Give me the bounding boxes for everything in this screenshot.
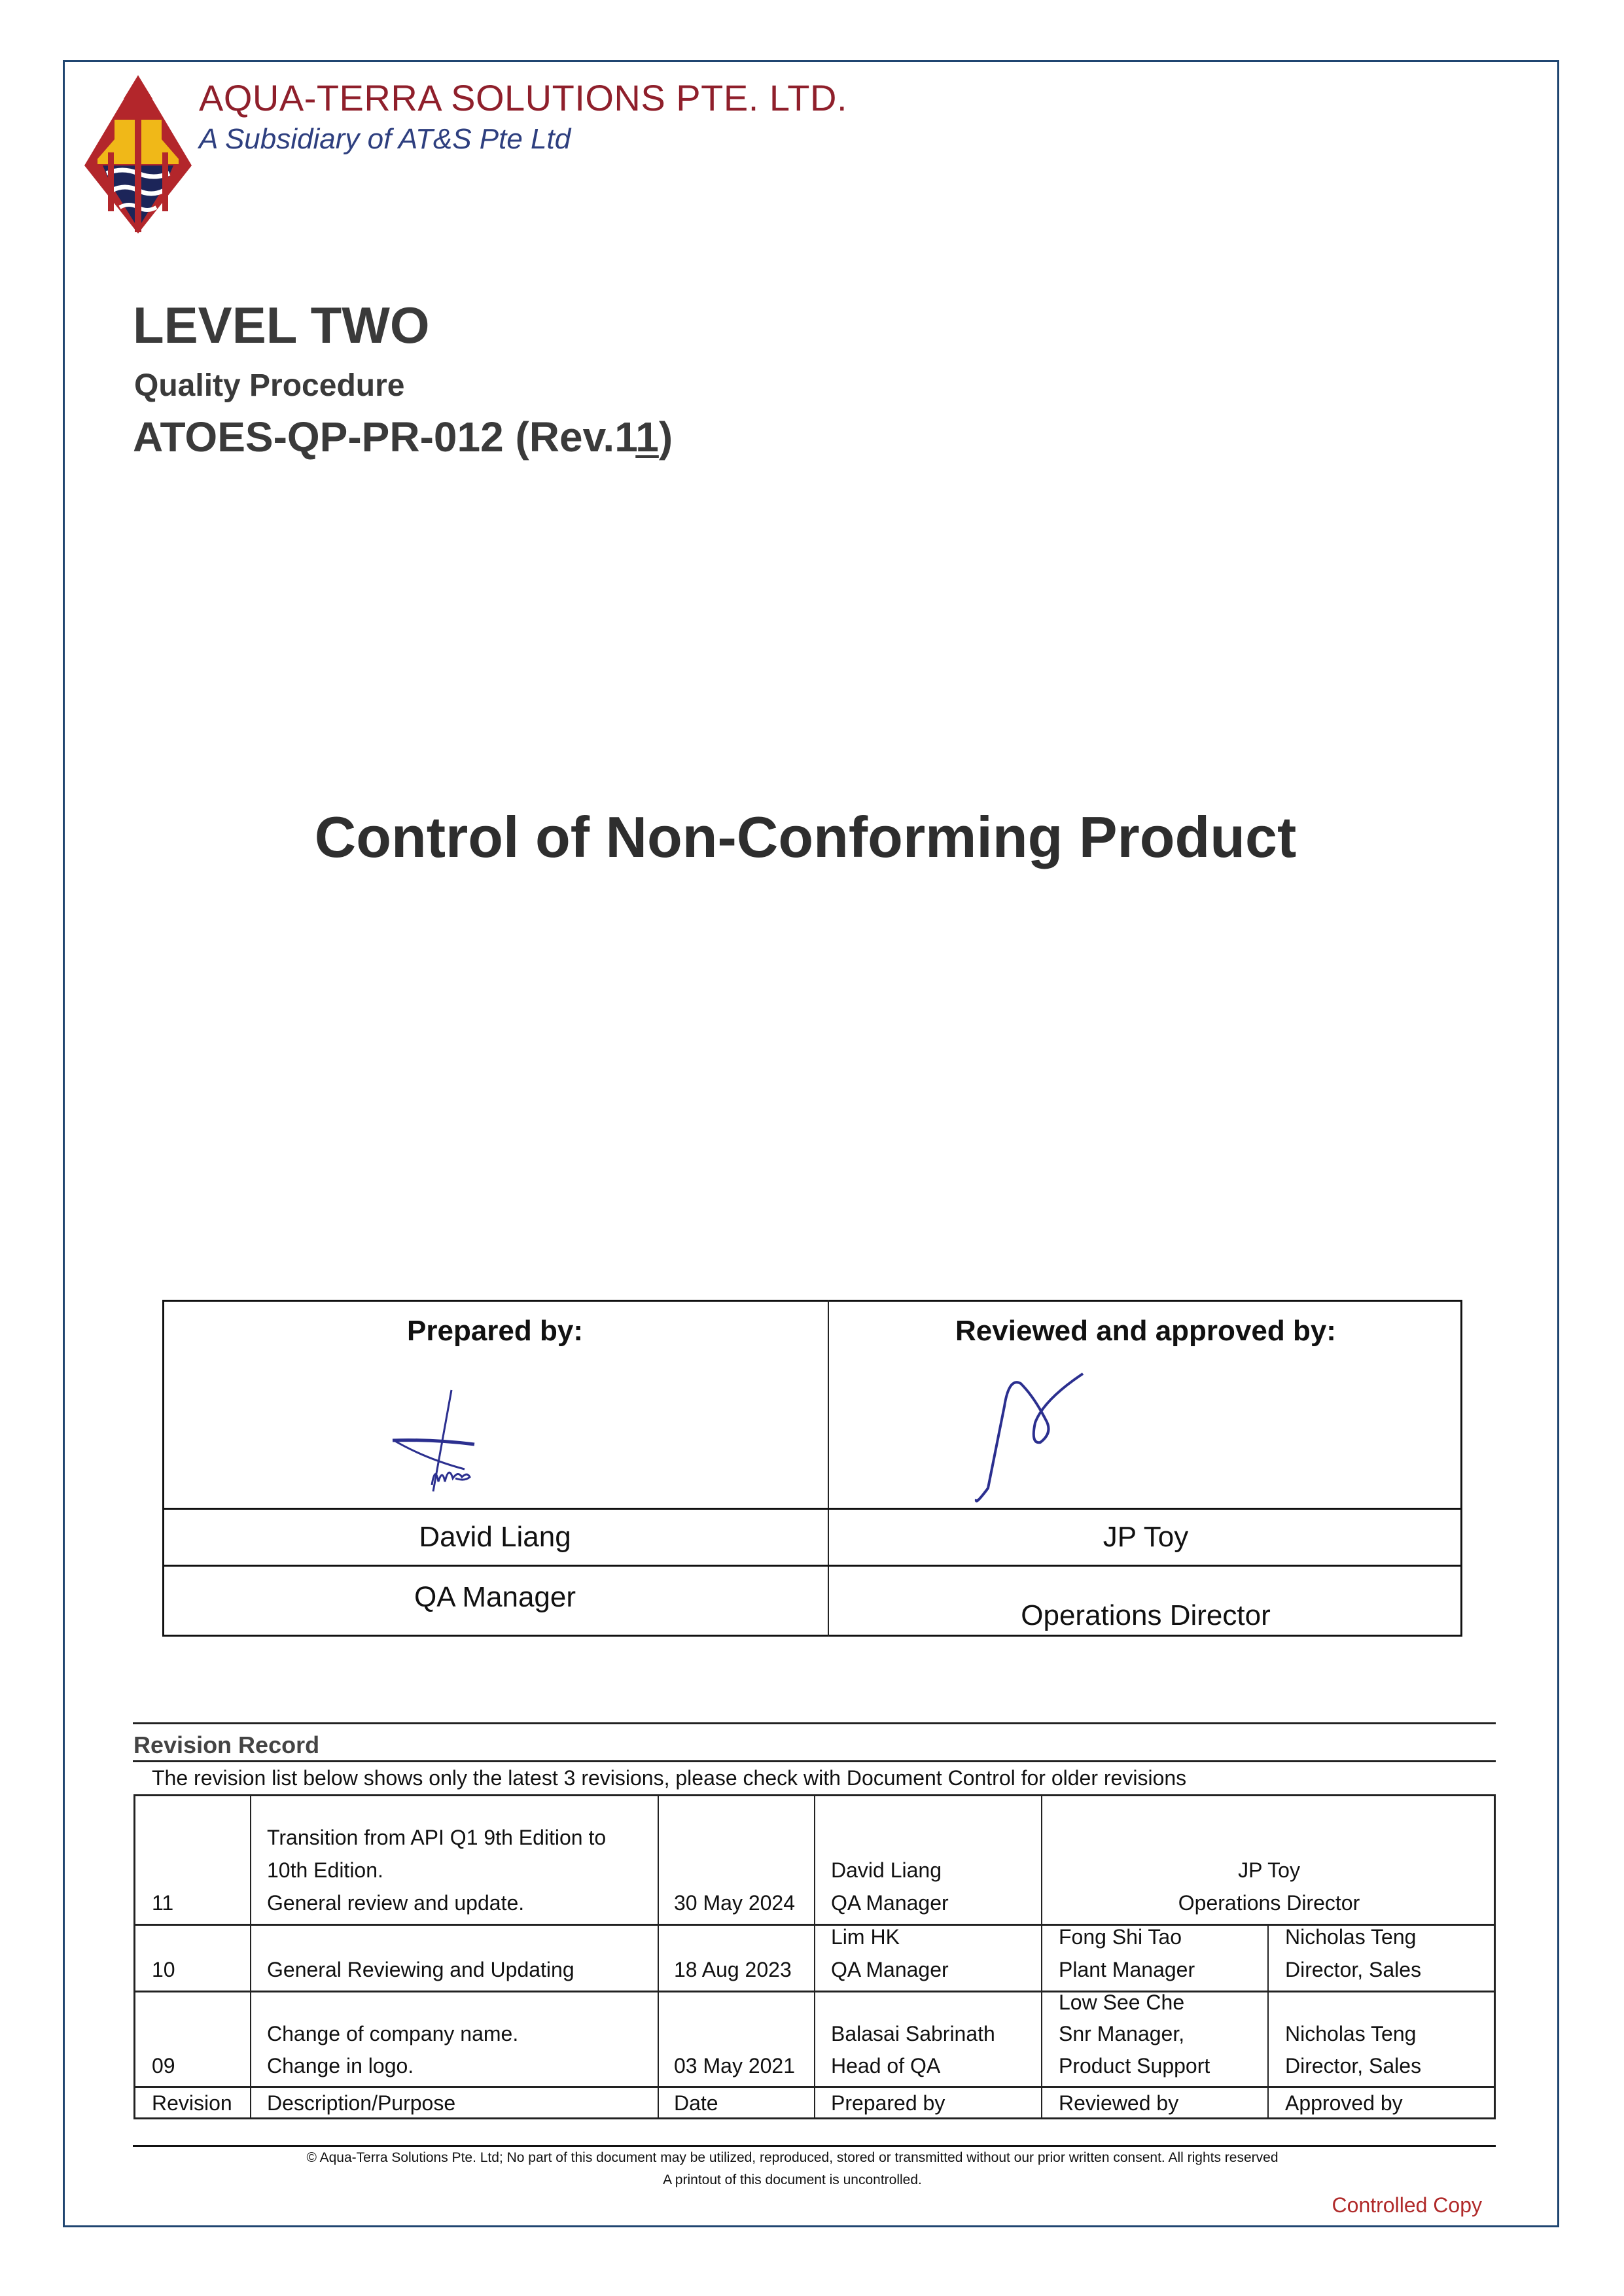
revision-date: 18 Aug 2023: [674, 1953, 792, 1986]
revision-table-col-line: [1267, 1924, 1269, 2119]
signature-table-rule: [162, 1508, 1462, 1510]
revision-description-line: General review and update.: [267, 1887, 524, 1919]
prepared-by-title: QA Manager: [162, 1583, 828, 1612]
revision-prepared-name: David Liang: [831, 1854, 942, 1887]
revision-number: 09: [152, 2049, 175, 2082]
controlled-copy-stamp: Controlled Copy: [1332, 2195, 1482, 2216]
diamond-trident-logo-icon: [83, 74, 193, 234]
footer-copyright: © Aqua-Terra Solutions Pte. Ltd; No part…: [0, 2151, 1624, 2165]
reviewed-by-title: Operations Director: [829, 1601, 1462, 1630]
revision-approved-name: Nicholas Teng: [1285, 2017, 1416, 2050]
revision-reviewed-approved-title: Operations Director: [1042, 1887, 1496, 1919]
column-header-approved-by: Approved by: [1285, 2087, 1403, 2119]
document-type: Quality Procedure: [134, 370, 404, 402]
revision-prepared-title: QA Manager: [831, 1953, 949, 1986]
company-subsidiary-tagline: A Subsidiary of AT&S Pte Ltd: [199, 125, 571, 154]
revision-record-note: The revision list below shows only the l…: [152, 1767, 1186, 1788]
revision-approved-name: Nicholas Teng: [1285, 1921, 1416, 1953]
revision-number: 10: [152, 1953, 175, 1986]
revision-record-heading: Revision Record: [133, 1733, 319, 1757]
revision-prepared-name: Lim HK: [831, 1921, 900, 1953]
footer-rule: [133, 2145, 1496, 2147]
prepared-by-label: Prepared by:: [162, 1317, 828, 1346]
revision-date: 30 May 2024: [674, 1887, 795, 1919]
revision-reviewed-name: Low See Che: [1059, 1986, 1184, 2019]
revision-description-line: 10th Edition.: [267, 1854, 383, 1887]
revision-table-row-line: [133, 1991, 1496, 1992]
column-header-revision: Revision: [152, 2087, 232, 2119]
revision-prepared-title: Head of QA: [831, 2049, 940, 2082]
revision-date: 03 May 2021: [674, 2049, 795, 2082]
revision-description-line: General Reviewing and Updating: [267, 1953, 574, 1986]
revision-table-col-line: [250, 1794, 251, 2119]
revision-number: 11: [152, 1887, 173, 1919]
column-header-reviewed-by: Reviewed by: [1059, 2087, 1178, 2119]
reviewed-by-name: JP Toy: [829, 1523, 1462, 1552]
document-level: LEVEL TWO: [133, 300, 430, 351]
document-number-prefix: ATOES-QP-PR-012 (Rev.1: [133, 413, 635, 461]
signature-table-divider: [828, 1300, 829, 1637]
revision-description-line: Transition from API Q1 9th Edition to: [267, 1821, 606, 1854]
revision-reviewed-title: Product Support: [1059, 2049, 1210, 2082]
revision-prepared-title: QA Manager: [831, 1887, 949, 1919]
revision-record-bottom-rule: [133, 1760, 1496, 1762]
revision-approved-title: Director, Sales: [1285, 1953, 1421, 1986]
revision-reviewed-name: Fong Shi Tao: [1059, 1921, 1182, 1953]
revision-reviewed-title: Snr Manager,: [1059, 2017, 1184, 2050]
document-revision-underlined: 1: [635, 413, 659, 461]
revision-description-line: Change in logo.: [267, 2049, 414, 2082]
revision-prepared-name: Balasai Sabrinath: [831, 2017, 995, 2050]
column-header-date: Date: [674, 2087, 718, 2119]
revision-table-col-line: [814, 1794, 815, 2119]
prepared-by-name: David Liang: [162, 1523, 828, 1552]
reviewed-signature-icon: [968, 1361, 1191, 1508]
signature-table-rule: [162, 1565, 1462, 1567]
document-number-suffix: ): [659, 413, 673, 461]
revision-description-line: Change of company name.: [267, 2017, 518, 2050]
prepared-signature-icon: [386, 1380, 556, 1498]
revision-table-col-line: [658, 1794, 659, 2119]
revision-reviewed-approved-name: JP Toy: [1042, 1854, 1496, 1887]
document-number: ATOES-QP-PR-012 (Rev.11): [133, 416, 673, 458]
revision-record-top-rule: [133, 1722, 1496, 1724]
footer-printout-note: A printout of this document is uncontrol…: [0, 2173, 1624, 2187]
revision-table-col-line: [1041, 1794, 1042, 2119]
reviewed-approved-by-label: Reviewed and approved by:: [829, 1317, 1462, 1346]
revision-reviewed-title: Plant Manager: [1059, 1953, 1195, 1986]
column-header-description: Description/Purpose: [267, 2087, 455, 2119]
company-name: AQUA-TERRA SOLUTIONS PTE. LTD.: [199, 80, 847, 116]
column-header-prepared-by: Prepared by: [831, 2087, 945, 2119]
revision-approved-title: Director, Sales: [1285, 2049, 1421, 2082]
document-title: Control of Non-Conforming Product: [0, 809, 1624, 866]
